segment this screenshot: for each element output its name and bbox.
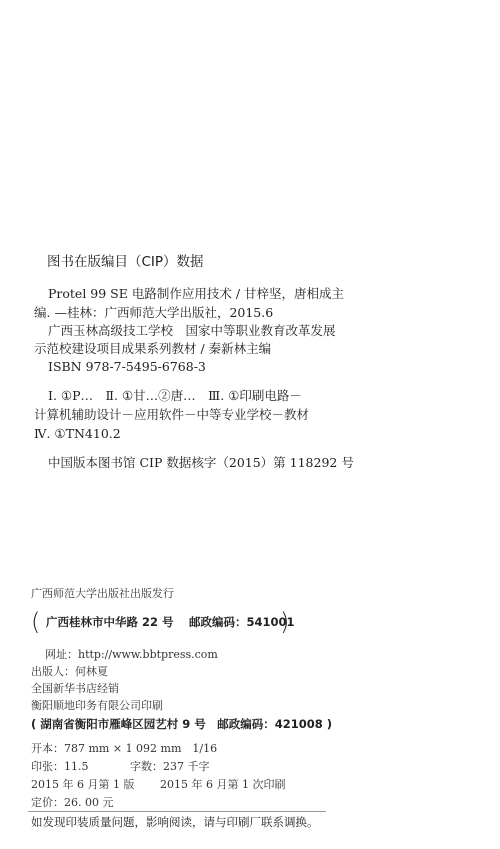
spec-printing: 2015 年 6 月第 1 次印刷 xyxy=(160,779,285,790)
cip-classification-2: 计算机辅助设计－应用软件－中等专业学校－教材 xyxy=(34,409,309,422)
spec-sheets: 印张：11.5 xyxy=(31,761,89,772)
address-paren-close: ) xyxy=(280,610,289,634)
cip-isbn: ISBN 978-7-5495-6768-3 xyxy=(48,361,206,374)
footer-divider xyxy=(28,811,326,812)
spec-format: 开本：787 mm × 1 092 mm 1/16 xyxy=(31,743,217,754)
cip-classification-3: Ⅳ. ①TN410.2 xyxy=(34,428,121,441)
quality-notice: 如发现印装质量问题，影响阅读，请与印刷厂联系调换。 xyxy=(31,817,319,829)
distributor: 全国新华书店经销 xyxy=(31,683,119,694)
cip-classification-1: Ⅰ. ①P… Ⅱ. ①甘…②唐… Ⅲ. ①印刷电路－ xyxy=(48,390,302,403)
spec-price: 定价：26. 00 元 xyxy=(31,797,113,808)
address-paren-open: ( xyxy=(31,610,40,634)
publisher-website: 网址：http://www.bbtpress.com xyxy=(45,649,218,660)
cip-line-4: 示范校建设项目成果系列教材 / 秦新林主编 xyxy=(34,343,271,356)
printer: 衡阳顺地印务有限公司印刷 xyxy=(31,700,163,711)
cip-verification: 中国版本图书馆 CIP 数据核字（2015）第 118292 号 xyxy=(48,457,354,470)
cip-line-2: 编. —桂林：广西师范大学出版社，2015.6 xyxy=(34,307,273,320)
publisher-address: 广西桂林市中华路 22 号 邮政编码：541001 xyxy=(46,617,295,629)
publisher-issued-by: 广西师范大学出版社出版发行 xyxy=(31,588,174,599)
spec-edition: 2015 年 6 月第 1 版 xyxy=(31,779,134,790)
cip-title: 图书在版编目（CIP）数据 xyxy=(47,256,204,270)
cip-line-1: Protel 99 SE 电路制作应用技术 / 甘梓坚，唐相成主 xyxy=(48,288,344,301)
printer-address: ( 湖南省衡阳市雁峰区园艺村 9 号 邮政编码：421008 ) xyxy=(31,719,332,731)
spec-word-count: 字数：237 千字 xyxy=(130,761,210,772)
publisher-person: 出版人：何林夏 xyxy=(31,666,108,677)
cip-line-3: 广西玉林高级技工学校 国家中等职业教育改革发展 xyxy=(48,325,336,338)
